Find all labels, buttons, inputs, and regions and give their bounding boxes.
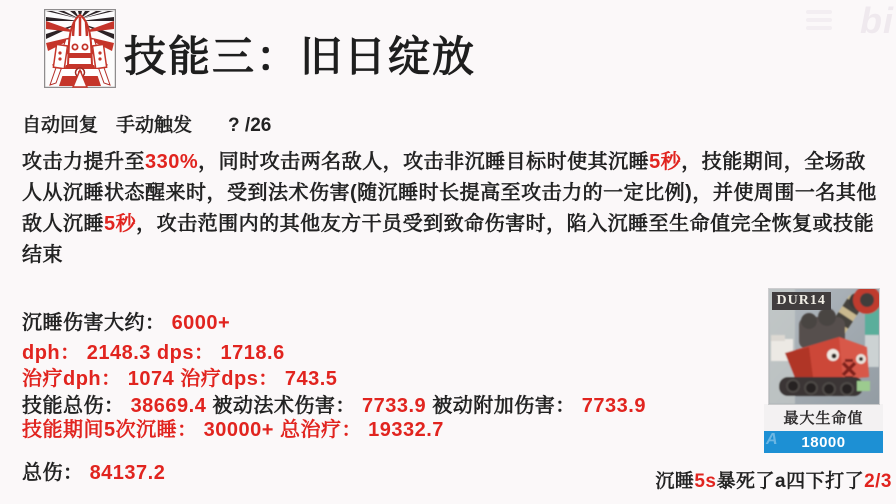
page-title: 技能三：旧日绽放 [124,24,476,84]
unit-portrait: DUR14 [769,289,879,404]
max-hp-number: 18000 [801,434,845,451]
overlay-letter: A [766,431,778,449]
dur-badge: DUR14 [772,292,831,310]
stat-sleep-total-heal: 技能期间5次沉睡： 30000+ 总治疗： 19332.7 [22,413,444,442]
stat-dph-dps: dph： 2148.3 dps： 1718.6 [22,336,285,365]
sp-cost-label: ? /26 [228,115,271,137]
trigger-mode-label: 手动触发 [116,110,192,137]
max-hp-label: 最大生命值 [764,404,883,431]
stat-grand-total: 总伤： 84137.2 [22,456,165,485]
stat-heal-dph-dps: 治疗dph： 1074 治疗dps： 743.5 [22,362,337,391]
skill-emblem-icon [44,9,116,88]
stat-sleep-damage: 沉睡伤害大约： 6000+ [22,306,230,335]
skill-meta-row: 自动回复 手动触发 ? /26 [22,110,271,137]
recovery-mode-label: 自动回复 [22,110,98,137]
max-hp-value: A 18000 [764,431,883,453]
watermark-lines [806,10,832,34]
skill-description: 攻击力提升至330%，同时攻击两名敌人，攻击非沉睡目标时使其沉睡5秒，技能期间，… [22,147,880,271]
unit-card: DUR14 最大生命值 A 18000 [764,289,883,453]
footnote-text: 沉睡5s暴死了a四下打了2/3 [655,466,892,493]
site-watermark: bi [860,0,894,42]
